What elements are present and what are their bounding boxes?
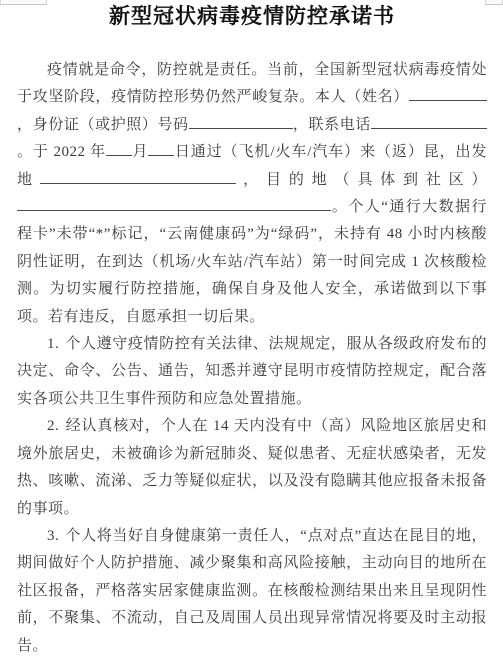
item-3-number: 3. xyxy=(47,528,59,544)
intro-text-4: 。于 2022 年 xyxy=(17,144,106,160)
id-number-blank-field[interactable] xyxy=(189,115,293,129)
document-title: 新型冠状病毒疫情防控承诺书 xyxy=(17,3,487,30)
commitment-document-page: 新型冠状病毒疫情防控承诺书 疫情就是命令，防控就是责任。当前，全国新型冠状病毒疫… xyxy=(0,0,503,670)
commitment-item-2: 2.经认真核对，个人在 14 天内没有中（高）风险地区旅居史和境外旅居史，未被确… xyxy=(17,413,487,523)
day-blank-field[interactable] xyxy=(148,142,174,156)
destination-blank-field[interactable] xyxy=(17,197,331,211)
intro-text-2: ，身份证（或护照）号码 xyxy=(17,117,189,133)
item-2-text: 经认真核对，个人在 14 天内没有中（高）风险地区旅居史和境外旅居史，未被确诊为… xyxy=(17,418,487,516)
commitment-item-3: 3.个人将当好自身健康第一责任人，“点对点”直达在昆目的地，期间做好个人防护措施… xyxy=(17,523,487,660)
item-1-number: 1. xyxy=(47,336,59,352)
intro-text-7: ，目的地（具体到社区） xyxy=(236,172,487,188)
item-3-text: 个人将当好自身健康第一责任人，“点对点”直达在昆目的地，期间做好个人防护措施、减… xyxy=(17,528,487,654)
top-left-scan-artifact xyxy=(0,0,47,5)
origin-blank-field[interactable] xyxy=(40,170,236,184)
phone-blank-field[interactable] xyxy=(371,115,487,129)
item-1-text: 个人遵守疫情防控有关法律、法规规定，服从各级政府发布的决定、命令、公告、通告，知… xyxy=(17,336,487,407)
intro-text-3: ，联系电话 xyxy=(293,117,371,133)
item-2-number: 2. xyxy=(47,418,59,434)
intro-text-8: 。个人“通行大数据行程卡”未带“*”标记，“云南健康码”为“绿码”，未持有 48… xyxy=(17,199,487,325)
intro-text-5: 月 xyxy=(132,144,148,160)
intro-paragraph: 疫情就是命令，防控就是责任。当前，全国新型冠状病毒疫情处于攻坚阶段，疫情防控形势… xyxy=(17,57,487,331)
top-right-scan-artifact xyxy=(485,0,503,5)
document-body: 疫情就是命令，防控就是责任。当前，全国新型冠状病毒疫情处于攻坚阶段，疫情防控形势… xyxy=(17,57,487,660)
month-blank-field[interactable] xyxy=(106,142,132,156)
commitment-item-1: 1.个人遵守疫情防控有关法律、法规规定，服从各级政府发布的决定、命令、公告、通告… xyxy=(17,331,487,413)
name-blank-field[interactable] xyxy=(409,87,487,101)
